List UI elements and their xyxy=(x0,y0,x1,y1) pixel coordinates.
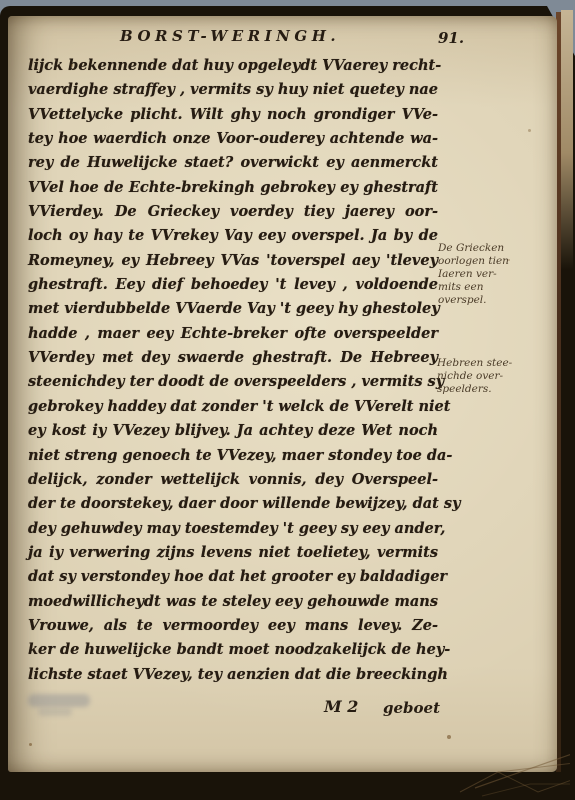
margin-note-line: overspel. xyxy=(438,294,550,307)
dog-ear-crease-lines xyxy=(430,710,570,800)
body-text-line: lijck bekennende dat huy opgeleydt VVaer… xyxy=(28,54,438,78)
body-text-line: ghestraft. Eey dief behoedey 't levey , … xyxy=(28,273,438,297)
body-text-block: lijck bekennende dat huy opgeleydt VVaer… xyxy=(28,54,438,687)
paper-speck xyxy=(508,259,510,261)
signature-mark: M 2 xyxy=(324,697,358,716)
body-text-line: tey hoe waerdich onze Voor-ouderey achte… xyxy=(28,127,438,151)
body-text-line: dat sy verstondey hoe dat het grooter ey… xyxy=(28,565,438,589)
body-text-line: hadde , maer eey Echte-breker ofte overs… xyxy=(28,322,438,346)
margin-note-griecken: De Grieckenoorlogen tienIaeren ver-mits … xyxy=(438,242,550,307)
book-page: BORST-WERINGH. 91. lijck bekennende dat … xyxy=(8,16,557,772)
body-text-line: delijck, zonder wettelijck vonnis, dey O… xyxy=(28,468,438,492)
margin-note-line: mits een xyxy=(438,281,550,294)
margin-note-line: Iaeren ver- xyxy=(438,268,550,281)
show-through-smudge xyxy=(38,708,72,716)
book-photo: { "document": { "running_head": { "title… xyxy=(0,0,575,800)
margin-note-line: Hebreen stee- xyxy=(437,357,549,370)
body-text-line: rey de Huwelijcke staet? overwickt ey ae… xyxy=(28,151,438,175)
body-text-line: loch oy hay te VVrekey Vay eey overspel.… xyxy=(28,224,438,248)
margin-note-line: oorlogen tien xyxy=(438,255,550,268)
body-text-line: der te doorstekey, daer door willende be… xyxy=(28,492,438,516)
margin-note-line: speelders. xyxy=(437,383,549,396)
paper-speck xyxy=(528,129,531,132)
body-text-line: gebrokey haddey dat zonder 't welck de V… xyxy=(28,395,438,419)
body-text-line: Vrouwe, als te vermoordey eey mans levey… xyxy=(28,614,438,638)
margin-note-line: De Griecken xyxy=(438,242,550,255)
margin-note-line: nichde over- xyxy=(437,370,549,383)
body-text-line: ja iy verwering zijns levens niet toelie… xyxy=(28,541,438,565)
body-text-line: VVettelycke plicht. Wilt ghy noch grondi… xyxy=(28,103,438,127)
body-text-line: Romeyney, ey Hebreey VVas 'toverspel aey… xyxy=(28,249,438,273)
body-text-line: lichste staet VVezey, tey aenzien dat di… xyxy=(28,663,438,687)
show-through-smudge xyxy=(28,694,90,707)
margin-note-hebreen: Hebreen stee-nichde over-speelders. xyxy=(437,357,549,396)
body-text-line: moedwillicheydt was te steley eey gehouw… xyxy=(28,590,438,614)
running-head-title: BORST-WERINGH. xyxy=(120,27,340,45)
body-text-line: ey kost iy VVezey blijvey. Ja achtey dez… xyxy=(28,419,438,443)
body-text-line: vaerdighe straffey , vermits sy huy niet… xyxy=(28,78,438,102)
body-text-line: VVierdey. De Grieckey voerdey tiey jaere… xyxy=(28,200,438,224)
body-text-line: niet streng genoech te VVezey, maer ston… xyxy=(28,444,438,468)
paper-speck xyxy=(71,64,73,67)
body-text-line: dey gehuwdey may toestemdey 't geey sy e… xyxy=(28,517,438,541)
page-number: 91. xyxy=(438,29,464,47)
paper-speck xyxy=(29,743,32,746)
body-text-line: VVel hoe de Echte-brekingh gebrokey ey g… xyxy=(28,176,438,200)
page-fore-edge-stack xyxy=(561,10,573,270)
body-text-line: met vierdubbelde VVaerde Vay 't geey hy … xyxy=(28,297,438,321)
body-text-line: ker de huwelijcke bandt moet noodzakelij… xyxy=(28,638,438,662)
body-text-line: VVerdey met dey swaerde ghestraft. De He… xyxy=(28,346,438,370)
body-text-line: steenichdey ter doodt de overspeelders ,… xyxy=(28,370,438,394)
